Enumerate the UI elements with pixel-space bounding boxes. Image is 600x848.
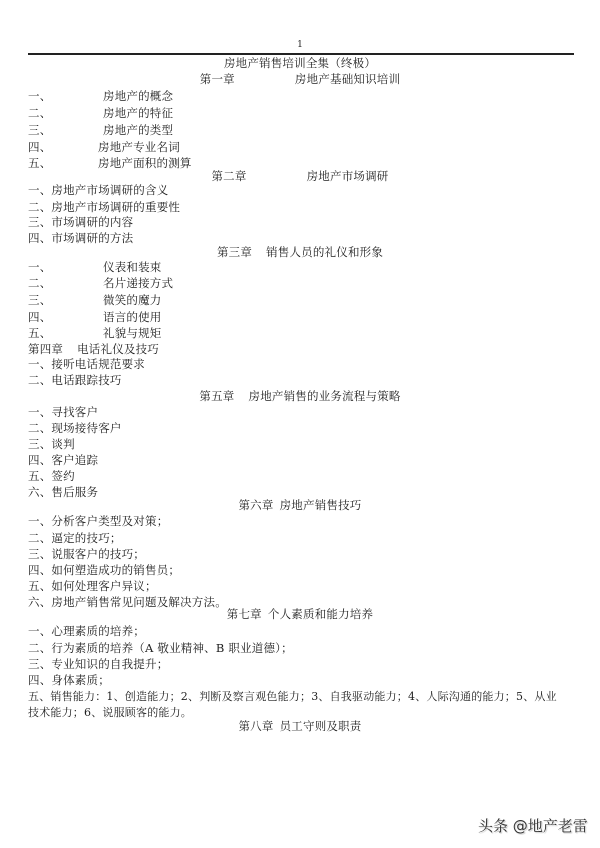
item-text: 房地产市场调研的重要性 — [51, 200, 180, 214]
chapter-title: 电话礼仪及技巧 — [77, 342, 159, 356]
chapter-label: 第六章 — [238, 498, 273, 512]
item-number: 一、 — [28, 405, 51, 419]
list-item: 一、寻找客户 — [28, 404, 98, 420]
item-text: 签约 — [51, 469, 74, 483]
list-item: 五、签约 — [28, 468, 75, 484]
item-text: 名片递接方式 — [103, 276, 173, 290]
item-text: 房地产专业名词 — [98, 140, 180, 154]
list-item: 一、仪表和装束 — [28, 259, 162, 275]
item-text: 如何处理客户异议； — [51, 579, 156, 593]
item-number: 一、 — [28, 514, 51, 528]
list-item: 四、如何塑造成功的销售员； — [28, 562, 180, 578]
item-number: 一、 — [28, 88, 103, 104]
item-text: 房地产的概念 — [103, 89, 173, 103]
list-item: 四、语言的使用 — [28, 309, 162, 325]
list-item: 一、分析客户类型及对策； — [28, 513, 168, 529]
list-item: 一、接听电话规范要求 — [28, 356, 145, 372]
list-item: 二、房地产市场调研的重要性 — [28, 199, 180, 215]
list-item: 四、房地产专业名词 — [28, 139, 180, 155]
chapter-title: 个人素质和能力培养 — [268, 607, 373, 621]
document-page: 1 房地产销售培训全集（终极） 第一章房地产基础知识培训 一、房地产的概念 二、… — [0, 0, 600, 848]
list-item: 二、电话跟踪技巧 — [28, 372, 122, 388]
item-number: 五、 — [28, 325, 103, 341]
item-number: 四、 — [28, 231, 51, 245]
item-number: 二、 — [28, 641, 51, 655]
list-item: 五、如何处理客户异议； — [28, 578, 157, 594]
item-number: 一、 — [28, 624, 51, 638]
item-number: 一、 — [28, 357, 51, 371]
item-number: 四、 — [28, 139, 98, 155]
item-number: 三、 — [28, 215, 51, 229]
chapter-title: 房地产销售的业务流程与策略 — [249, 389, 401, 403]
item-number: 五、 — [28, 469, 51, 483]
item-number: 一、 — [28, 183, 51, 197]
chapter-1-heading: 第一章房地产基础知识培训 — [0, 71, 600, 87]
chapter-title: 员工守则及职责 — [280, 719, 362, 733]
list-item: 二、逼定的技巧； — [28, 530, 122, 546]
chapter-label: 第四章 — [28, 342, 63, 356]
item-text: 电话跟踪技巧 — [51, 373, 121, 387]
item-text: 专业知识的自我提升； — [51, 657, 168, 671]
chapter-4-heading: 第四章电话礼仪及技巧 — [28, 341, 159, 357]
item-number: 三、 — [28, 292, 103, 308]
chapter-6-heading: 第六章房地产销售技巧 — [0, 497, 600, 513]
item-text: 市场调研的方法 — [51, 231, 133, 245]
item-text: 分析客户类型及对策； — [51, 514, 168, 528]
item-text: 房地产市场调研的含义 — [51, 183, 168, 197]
item-text: 心理素质的培养； — [51, 624, 145, 638]
list-item: 一、房地产市场调研的含义 — [28, 182, 168, 198]
list-item: 二、现场接待客户 — [28, 420, 122, 436]
item-number: 四、 — [28, 309, 103, 325]
item-text: 微笑的魔力 — [103, 293, 162, 307]
chapter-8-heading: 第八章员工守则及职责 — [0, 718, 600, 734]
list-item: 一、心理素质的培养； — [28, 623, 145, 639]
chapter-title: 房地产基础知识培训 — [295, 72, 400, 86]
chapter-label: 第五章 — [199, 389, 234, 403]
watermark: 头条 @地产老雷 — [478, 815, 588, 836]
item-text: 现场接待客户 — [51, 421, 121, 435]
list-item: 三、微笑的魔力 — [28, 292, 162, 308]
list-item: 一、房地产的概念 — [28, 88, 173, 104]
list-item: 四、身体素质； — [28, 672, 110, 688]
chapter-title: 房地产市场调研 — [307, 169, 389, 183]
chapter-title: 房地产销售技巧 — [280, 498, 362, 512]
item-text: 市场调研的内容 — [51, 215, 133, 229]
item-text: 仪表和装束 — [103, 260, 162, 274]
list-item: 五、销售能力：1、创造能力；2、判断及察言观色能力；3、自我驱动能力；4、人际沟… — [28, 689, 557, 705]
item-text: 接听电话规范要求 — [51, 357, 145, 371]
item-text: 如何塑造成功的销售员； — [51, 563, 180, 577]
chapter-label: 第二章 — [211, 169, 246, 183]
item-number: 三、 — [28, 547, 51, 561]
item-text: 房地产的特征 — [103, 106, 173, 120]
item-text: 行为素质的培养（A 敬业精神、B 职业道德）； — [51, 641, 292, 655]
list-item: 二、行为素质的培养（A 敬业精神、B 职业道德）； — [28, 640, 293, 656]
item-number: 二、 — [28, 105, 103, 121]
item-text: 房地产的类型 — [103, 123, 173, 137]
item-number: 二、 — [28, 200, 51, 214]
item-number: 三、 — [28, 122, 103, 138]
chapter-label: 第七章 — [227, 607, 262, 621]
item-text: 身体素质； — [51, 673, 110, 687]
item-number: 四、 — [28, 453, 51, 467]
item-number: 四、 — [28, 673, 51, 687]
list-item: 三、市场调研的内容 — [28, 214, 133, 230]
chapter-3-heading: 第三章销售人员的礼仪和形象 — [0, 244, 600, 260]
list-item: 二、房地产的特征 — [28, 105, 173, 121]
item-text: 说服客户的技巧； — [51, 547, 145, 561]
item-number: 三、 — [28, 657, 51, 671]
item-text: 销售能力：1、创造能力；2、判断及察言观色能力；3、自我驱动能力；4、人际沟通的… — [50, 690, 556, 703]
item-text: 逼定的技巧； — [51, 531, 121, 545]
item-number: 五、 — [28, 690, 50, 703]
page-number: 1 — [0, 40, 600, 50]
list-item: 五、礼貌与规矩 — [28, 325, 162, 341]
item-number: 四、 — [28, 563, 51, 577]
chapter-title: 销售人员的礼仪和形象 — [266, 245, 383, 259]
list-item: 三、专业知识的自我提升； — [28, 656, 168, 672]
list-item: 三、房地产的类型 — [28, 122, 173, 138]
chapter-label: 第八章 — [238, 719, 273, 733]
chapter-7-heading: 第七章个人素质和能力培养 — [0, 606, 600, 622]
list-item: 二、名片递接方式 — [28, 275, 173, 291]
item-number: 一、 — [28, 259, 103, 275]
item-text: 客户追踪 — [51, 453, 98, 467]
chapter-label: 第三章 — [217, 245, 252, 259]
item-number: 二、 — [28, 275, 103, 291]
list-item: 三、谈判 — [28, 436, 75, 452]
chapter-5-heading: 第五章房地产销售的业务流程与策略 — [0, 388, 600, 404]
item-text: 语言的使用 — [103, 310, 162, 324]
item-number: 二、 — [28, 373, 51, 387]
list-item: 三、说服客户的技巧； — [28, 546, 145, 562]
document-title: 房地产销售培训全集（终极） — [0, 55, 600, 71]
item-number: 三、 — [28, 437, 51, 451]
list-item: 四、客户追踪 — [28, 452, 98, 468]
item-number: 二、 — [28, 421, 51, 435]
item-text: 礼貌与规矩 — [103, 326, 162, 340]
chapter-label: 第一章 — [200, 72, 235, 86]
item-text: 谈判 — [51, 437, 74, 451]
item-text: 寻找客户 — [51, 405, 98, 419]
item-number: 二、 — [28, 531, 51, 545]
item-number: 五、 — [28, 579, 51, 593]
